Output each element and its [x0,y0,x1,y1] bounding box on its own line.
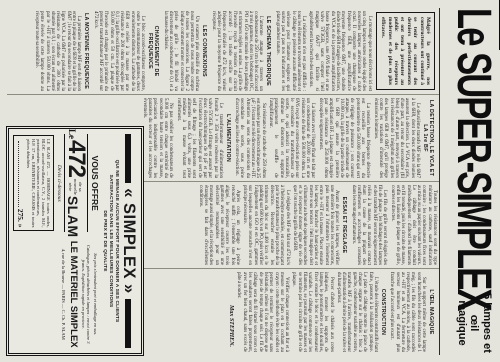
body-paragraph: Un examen plus détaillé du schéma nous p… [162,11,199,91]
ad-smallprint-1: Ses prix s'entendent port et emballage e… [92,240,97,348]
magazine-scan: Le SUPER-SIMPLEX 5 lampes et œil magique… [0,0,500,362]
price-row: 275. » [16,139,25,227]
ad-offer-lead: VOUS OFFRE [90,132,99,234]
ad-smallprint-2: Catalogue, pièces détachées et lampes : … [81,240,91,348]
section-heading: LA DETECTION, LE VCA ET LA 1re BF [422,98,434,178]
model-number: 472 [67,140,86,177]
ad-model-line: Le 472 de sa nouvelle série SLAM [64,134,88,232]
page-subtitle: 5 lampes et œil magique [456,291,494,355]
section-heading: L'ŒIL MAGIQUE [428,272,434,352]
ad-price-box: LE SLAM 472. — BOBINAGE toutes ondes, BL… [13,135,54,231]
section-heading: LA MOYENNE FREQUENCE [83,11,89,91]
model-series-caption: de sa nouvelle série [68,179,82,195]
price-box-line: H.P. 17 cm, EBENISTERIE, CHASSIS et tout… [26,139,36,227]
model-article: Le [67,129,76,139]
body-paragraph: L'antenne attaque à travers un condensat… [210,11,263,91]
body-paragraph: La première lampe MF sert de liaison ent… [34,11,82,91]
masthead: Le SUPER-SIMPLEX 5 lampes et œil magique [444,8,498,355]
body-paragraph: Percer d'abord le châssis aux cotes indi… [291,272,333,352]
section-heading: LES CONNEXIONS [201,11,207,91]
article-signature: Max STEPHEN. [228,272,234,352]
article-column-1: Malgré la guerre, nos constructeurs ont … [7,8,439,94]
ad-lower-area: VOUS OFFRE Le 472 de sa nouvelle série S… [13,132,100,350]
price-lines-container: LE SLAM 472. — BOBINAGE toutes ondes, BL… [26,139,51,227]
section-heading: ESSAI ET REGLAGE [341,185,347,265]
ad-tagline-1: QUI NE MENAGE AUCUN EFFORT POUR DONNER A… [113,132,119,350]
body-paragraph: La liaison avec l'étage final se fait pa… [268,98,316,178]
double-rule-right [126,299,132,348]
body-paragraph: Après cela, un réglage à peine retouché … [198,185,240,265]
price-value: 275. » [16,209,25,228]
subtitle-line-1: 5 lampes et [481,291,494,355]
model-series-name: SLAM [67,196,79,238]
body-paragraph: Le deuxième transfo MF relie la 6M7 à la… [372,98,420,178]
body-paragraph: Le montage que nous décrivons ici est un… [308,11,372,91]
ad-company-block: Ses prix s'entendent port et emballage e… [13,234,100,350]
section-heading: L'ALIMENTATION [225,98,231,178]
ad-brand-row: « SIMPLEX » [120,134,137,348]
section-heading: LE SCHEMA THEORIQUE [265,11,271,91]
ad-devis-note: Devis ci-dessous [56,132,62,234]
simplex-advertisement: « SIMPLEX » QUI NE MENAGE AUCUN EFFORT P… [6,126,144,356]
body-paragraph: Le bloc accord-oscillateur comporte, out… [92,11,145,91]
body-paragraph: Le réglage des MF se fait sur 472 kc/s à… [242,185,290,265]
double-rule-left [126,134,132,183]
section-heading: CHANGEMENT DE FREQUENCE [147,11,159,91]
page-content: Le SUPER-SIMPLEX 5 lampes et œil magique… [7,8,498,355]
price-box-line: LE SLAM 472. — BOBINAGE toutes ondes, BL… [36,139,51,227]
price-leader-dots [18,141,19,207]
body-paragraph: Ne pas oublier les condensateurs de 5.00… [141,98,173,178]
body-paragraph: La réalisation n'en est pas difficile : … [274,11,306,91]
body-paragraph: Sur le support même de cette lampe sont … [389,272,426,352]
section-heading: CONSTRUCTION [380,272,386,352]
body-paragraph: L'étude des éléments constitutifs étant … [336,272,378,352]
subtitle-line-2: œil magique [456,291,481,355]
ad-brand-name: « SIMPLEX » [120,188,137,293]
ad-offer-block: VOUS OFFRE Le 472 de sa nouvelle série S… [13,132,100,234]
ad-tagline-3: DE PRIX ET DE QUALITE [102,132,108,350]
ad-company-address: 4, rue de la Bourse — PARIS — C. Ch. P. … [61,240,66,348]
body-paragraph: Toutes les résistances sont du type mini… [389,185,437,265]
body-paragraph: Vérifier chaque connexion au fur et à me… [236,272,289,352]
body-paragraph: Le transformateur d'alimentation fournit… [175,98,223,178]
body-paragraph: Les fils de grille seront éloignés des f… [350,185,387,265]
intro-box: Malgré la guerre, nos constructeurs ont … [376,12,435,90]
ad-company-name: LE MATERIEL SIMPLEX [68,240,78,348]
body-paragraph: Avant de placer les lampes, vérifier une… [292,185,340,265]
rotated-page: Le SUPER-SIMPLEX 5 lampes et œil magique… [0,0,500,362]
body-paragraph: La tension basse fréquence détectée est … [317,98,370,178]
body-paragraph: Sa résistance de cathode de 250 ohms est… [234,98,266,178]
